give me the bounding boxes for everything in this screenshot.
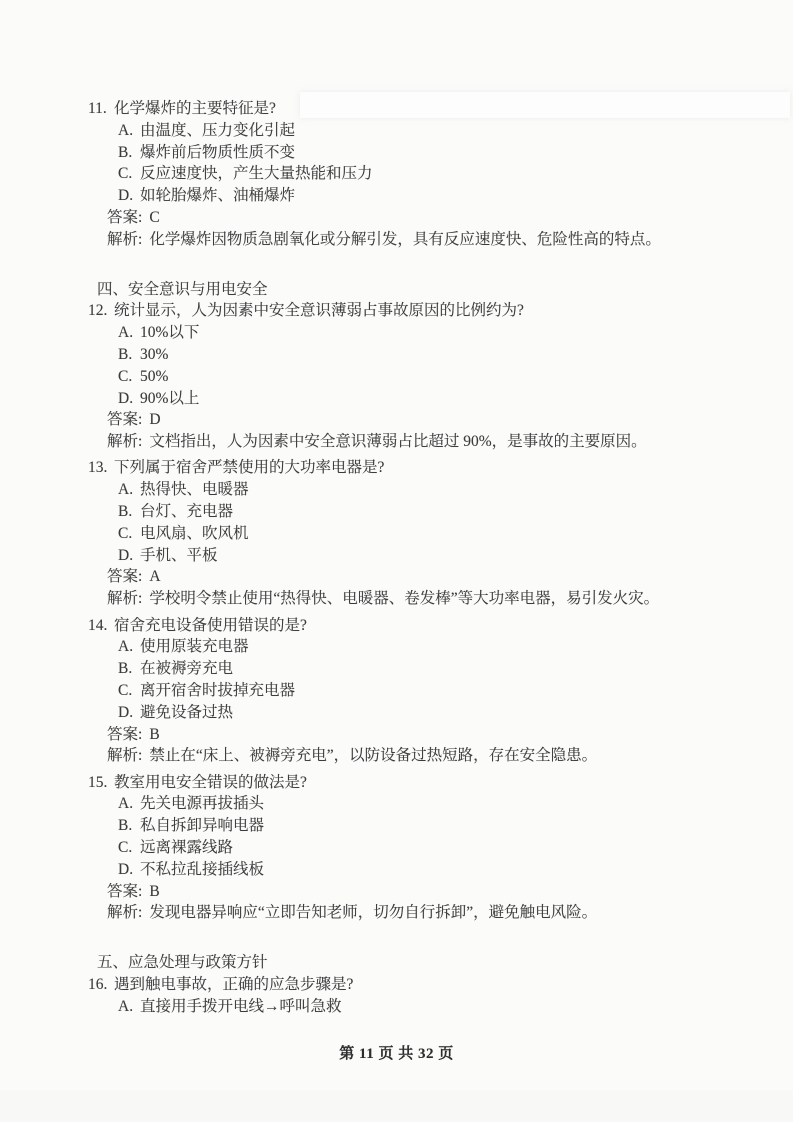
question-15: 15.教室用电安全错误的做法是? A.先关电源再拔插头 B.私自拆卸异响电器 C… — [0, 772, 793, 925]
option-text: 10%以下 — [140, 324, 199, 341]
explanation-row: 解析:文档指出，人为因素中安全意识薄弱占比超过 90%，是事故的主要原因。 — [0, 431, 793, 453]
question-number: 13. — [88, 457, 114, 479]
question-number: 12. — [88, 300, 114, 322]
explanation-row: 解析:化学爆炸因物质急剧氧化或分解引发，具有反应速度快、危险性高的特点。 — [0, 229, 793, 251]
answer-label: 答案: — [107, 726, 142, 743]
option-row: B.爆炸前后物质性质不变 — [0, 142, 793, 164]
answer-row: 答案:A — [0, 566, 793, 588]
option-letter: D. — [118, 702, 140, 724]
option-row: B.台灯、充电器 — [0, 501, 793, 523]
explanation-text: 禁止在“床上、被褥旁充电”，以防设备过热短路，存在安全隐患。 — [149, 747, 597, 764]
question-13: 13.下列属于宿舍严禁使用的大功率电器是? A.热得快、电暖器 B.台灯、充电器… — [0, 457, 793, 610]
option-text: 私自拆卸异响电器 — [140, 817, 264, 834]
option-letter: A. — [118, 793, 140, 815]
answer-value: D — [149, 411, 160, 428]
explanation-text: 文档指出，人为因素中安全意识薄弱占比超过 90%，是事故的主要原因。 — [149, 433, 646, 450]
question-text: 遇到触电事故，正确的应急步骤是? — [114, 976, 353, 993]
option-letter: C. — [118, 837, 140, 859]
answer-value: C — [149, 209, 159, 226]
option-letter: B. — [118, 815, 140, 837]
answer-label: 答案: — [107, 209, 142, 226]
explanation-row: 解析:学校明令禁止使用“热得快、电暖器、卷发棒”等大功率电器，易引发火灾。 — [0, 588, 793, 610]
option-text: 50% — [140, 368, 168, 385]
document-page: 11.化学爆炸的主要特征是? A.由温度、压力变化引起 B.爆炸前后物质性质不变… — [0, 0, 793, 1122]
question-row: 12.统计显示，人为因素中安全意识薄弱占事故原因的比例约为? — [0, 300, 793, 322]
explanation-label: 解析: — [107, 433, 142, 450]
option-row: C.离开宿舍时拔掉充电器 — [0, 680, 793, 702]
option-text: 爆炸前后物质性质不变 — [140, 144, 295, 161]
option-letter: B. — [118, 344, 140, 366]
option-letter: D. — [118, 545, 140, 567]
option-row: B.30% — [0, 344, 793, 366]
option-text: 避免设备过热 — [140, 704, 233, 721]
answer-value: A — [149, 568, 160, 585]
section-heading-4: 四、安全意识与用电安全 — [0, 279, 793, 301]
answer-label: 答案: — [107, 568, 142, 585]
question-text: 化学爆炸的主要特征是? — [114, 100, 276, 117]
option-letter: A. — [118, 322, 140, 344]
option-row: A.由温度、压力变化引起 — [0, 120, 793, 142]
option-row: A.热得快、电暖器 — [0, 479, 793, 501]
question-12: 12.统计显示，人为因素中安全意识薄弱占事故原因的比例约为? A.10%以下 B… — [0, 300, 793, 453]
question-number: 15. — [88, 772, 114, 794]
section-heading-5: 五、应急处理与政策方针 — [0, 952, 793, 974]
question-16: 16.遇到触电事故，正确的应急步骤是? A.直接用手拨开电线→呼叫急救 — [0, 974, 793, 1018]
option-text: 不私拉乱接插线板 — [140, 861, 264, 878]
option-row: A.直接用手拨开电线→呼叫急救 — [0, 996, 793, 1018]
option-letter: D. — [118, 388, 140, 410]
explanation-row: 解析:禁止在“床上、被褥旁充电”，以防设备过热短路，存在安全隐患。 — [0, 745, 793, 767]
question-14: 14.宿舍充电设备使用错误的是? A.使用原装充电器 B.在被褥旁充电 C.离开… — [0, 615, 793, 768]
option-letter: B. — [118, 501, 140, 523]
option-text: 在被褥旁充电 — [140, 660, 233, 677]
option-row: D.避免设备过热 — [0, 702, 793, 724]
question-number: 16. — [88, 974, 114, 996]
question-number: 14. — [88, 615, 114, 637]
option-row: A.10%以下 — [0, 322, 793, 344]
option-row: B.在被褥旁充电 — [0, 658, 793, 680]
answer-value: B — [149, 883, 159, 900]
option-row: D.不私拉乱接插线板 — [0, 859, 793, 881]
question-text: 统计显示，人为因素中安全意识薄弱占事故原因的比例约为? — [114, 302, 524, 319]
option-letter: A. — [118, 120, 140, 142]
option-text: 手机、平板 — [140, 547, 218, 564]
option-row: A.先关电源再拔插头 — [0, 793, 793, 815]
option-text: 电风扇、吹风机 — [140, 525, 249, 542]
question-row: 11.化学爆炸的主要特征是? — [0, 98, 793, 120]
option-text: 30% — [140, 346, 168, 363]
option-row: C.远离裸露线路 — [0, 837, 793, 859]
answer-label: 答案: — [107, 883, 142, 900]
answer-row: 答案:B — [0, 881, 793, 903]
explanation-text: 发现电器异响应“立即告知老师，切勿自行拆卸”，避免触电风险。 — [149, 904, 597, 921]
option-row: D.手机、平板 — [0, 545, 793, 567]
option-row: C.电风扇、吹风机 — [0, 523, 793, 545]
question-11: 11.化学爆炸的主要特征是? A.由温度、压力变化引起 B.爆炸前后物质性质不变… — [0, 98, 793, 251]
option-row: C.反应速度快，产生大量热能和压力 — [0, 163, 793, 185]
option-row: B.私自拆卸异响电器 — [0, 815, 793, 837]
question-row: 16.遇到触电事故，正确的应急步骤是? — [0, 974, 793, 996]
explanation-label: 解析: — [107, 590, 142, 607]
option-letter: B. — [118, 142, 140, 164]
explanation-text: 学校明令禁止使用“热得快、电暖器、卷发棒”等大功率电器，易引发火灾。 — [149, 590, 659, 607]
option-letter: A. — [118, 636, 140, 658]
option-letter: C. — [118, 680, 140, 702]
question-text: 下列属于宿舍严禁使用的大功率电器是? — [114, 459, 384, 476]
option-text: 直接用手拨开电线→呼叫急救 — [140, 998, 342, 1015]
option-text: 由温度、压力变化引起 — [140, 122, 295, 139]
explanation-label: 解析: — [107, 747, 142, 764]
answer-label: 答案: — [107, 411, 142, 428]
question-text: 教室用电安全错误的做法是? — [114, 774, 307, 791]
option-letter: A. — [118, 479, 140, 501]
option-text: 使用原装充电器 — [140, 638, 249, 655]
option-text: 远离裸露线路 — [140, 839, 233, 856]
option-row: D.90%以上 — [0, 388, 793, 410]
option-letter: C. — [118, 163, 140, 185]
option-text: 如轮胎爆炸、油桶爆炸 — [140, 187, 295, 204]
option-row: D.如轮胎爆炸、油桶爆炸 — [0, 185, 793, 207]
option-text: 台灯、充电器 — [140, 503, 233, 520]
answer-row: 答案:C — [0, 207, 793, 229]
option-text: 反应速度快，产生大量热能和压力 — [140, 165, 373, 182]
option-text: 热得快、电暖器 — [140, 481, 249, 498]
explanation-row: 解析:发现电器异响应“立即告知老师，切勿自行拆卸”，避免触电风险。 — [0, 902, 793, 924]
option-letter: D. — [118, 185, 140, 207]
question-number: 11. — [88, 98, 114, 120]
answer-row: 答案:D — [0, 409, 793, 431]
option-text: 离开宿舍时拔掉充电器 — [140, 682, 295, 699]
option-letter: B. — [118, 658, 140, 680]
option-letter: D. — [118, 859, 140, 881]
option-text: 90%以上 — [140, 390, 199, 407]
option-row: C.50% — [0, 366, 793, 388]
explanation-label: 解析: — [107, 231, 142, 248]
explanation-text: 化学爆炸因物质急剧氧化或分解引发，具有反应速度快、危险性高的特点。 — [149, 231, 661, 248]
option-letter: C. — [118, 523, 140, 545]
option-row: A.使用原装充电器 — [0, 636, 793, 658]
scan-artifact — [0, 1090, 793, 1122]
explanation-label: 解析: — [107, 904, 142, 921]
option-letter: C. — [118, 366, 140, 388]
answer-row: 答案:B — [0, 724, 793, 746]
question-row: 14.宿舍充电设备使用错误的是? — [0, 615, 793, 637]
question-row: 15.教室用电安全错误的做法是? — [0, 772, 793, 794]
option-text: 先关电源再拔插头 — [140, 795, 264, 812]
page-footer: 第 11 页 共 32 页 — [0, 1042, 793, 1063]
question-text: 宿舍充电设备使用错误的是? — [114, 617, 307, 634]
answer-value: B — [149, 726, 159, 743]
page-content: 11.化学爆炸的主要特征是? A.由温度、压力变化引起 B.爆炸前后物质性质不变… — [0, 98, 793, 1018]
question-row: 13.下列属于宿舍严禁使用的大功率电器是? — [0, 457, 793, 479]
option-letter: A. — [118, 996, 140, 1018]
